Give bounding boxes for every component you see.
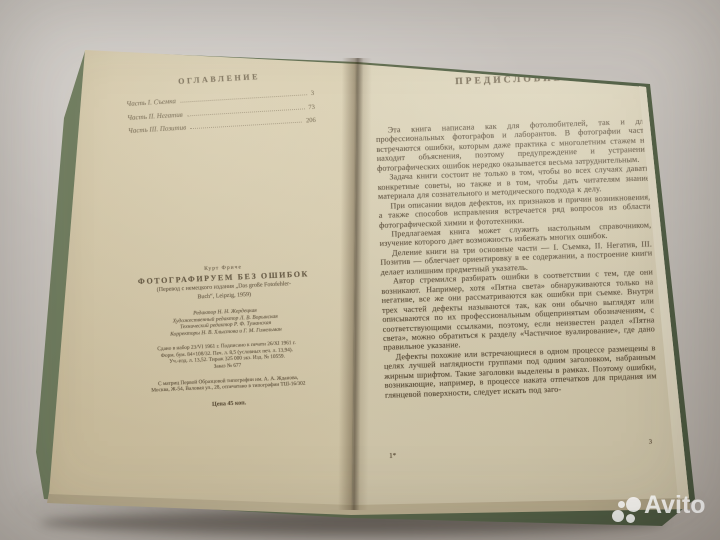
listing-photo: ОГЛАВЛЕНИЕ Часть I. Съемка 3 Часть II. Н… bbox=[0, 0, 720, 540]
photo-vignette bbox=[0, 0, 720, 540]
